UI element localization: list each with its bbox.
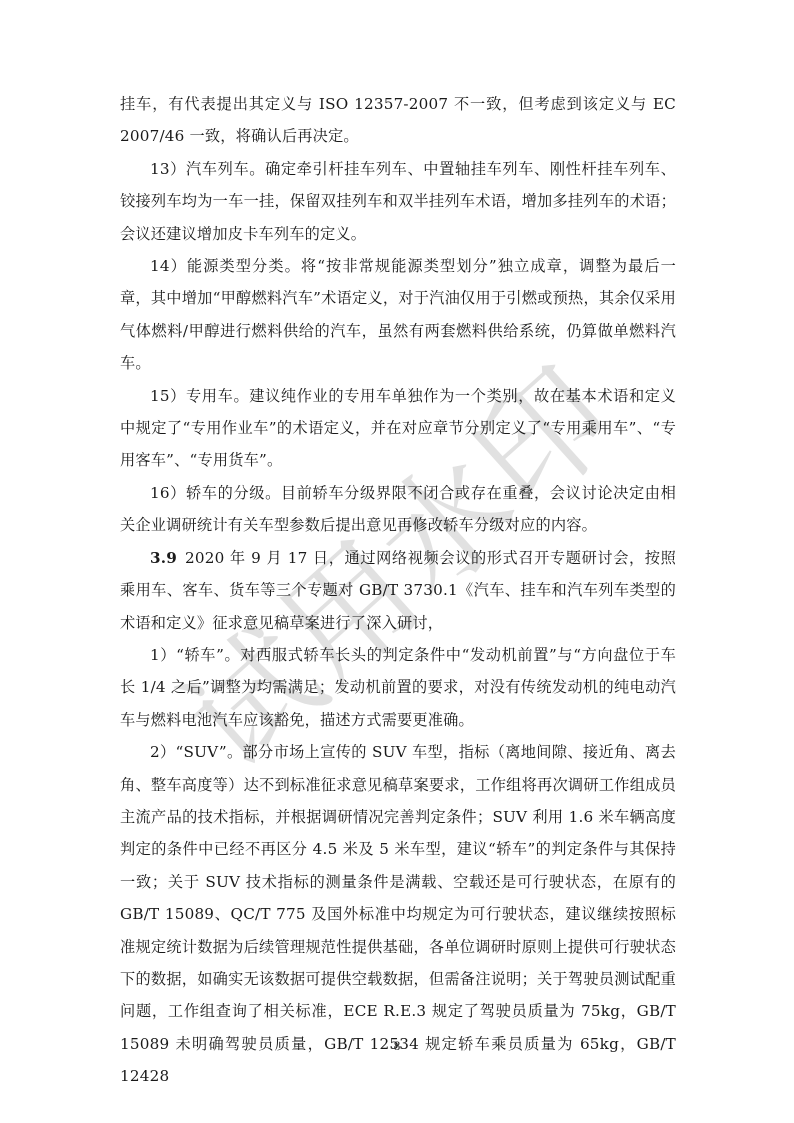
paragraph-trailer-continuation: 挂车，有代表提出其定义与 ISO 12357-2007 不一致，但考虑到该定义与…	[120, 88, 676, 153]
paragraph-section-3-9: 3.92020 年 9 月 17 日，通过网络视频会议的形式召开专题研讨会，按照…	[120, 542, 676, 639]
paragraph-item-15-special-vehicle: 15）专用车。建议纯作业的专用车单独作为一个类别，故在基本术语和定义中规定了“专…	[120, 380, 676, 477]
section-3-9-text: 2020 年 9 月 17 日，通过网络视频会议的形式召开专题研讨会，按照乘用车…	[120, 549, 676, 632]
page-number: 8	[0, 1038, 794, 1054]
paragraph-item-16-sedan-grading: 16）轿车的分级。目前轿车分级界限不闭合或存在重叠，会议讨论决定由相关企业调研统…	[120, 477, 676, 542]
paragraph-item-1-sedan: 1）“轿车”。对西服式轿车长头的判定条件中“发动机前置”与“方向盘位于车长 1/…	[120, 639, 676, 736]
document-body: 挂车，有代表提出其定义与 ISO 12357-2007 不一致，但考虑到该定义与…	[120, 88, 676, 1093]
paragraph-item-14-energy-type: 14）能源类型分类。将“按非常规能源类型划分”独立成章，调整为最后一章，其中增加…	[120, 250, 676, 380]
section-number: 3.9	[150, 549, 177, 567]
paragraph-item-13-road-train: 13）汽车列车。确定牵引杆挂车列车、中置轴挂车列车、刚性杆挂车列车、铰接列车均为…	[120, 153, 676, 250]
